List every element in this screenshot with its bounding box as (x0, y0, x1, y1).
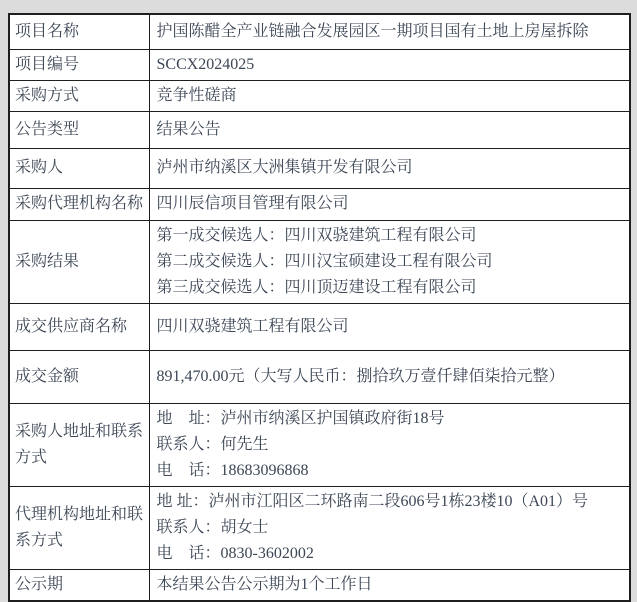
table-row: 采购结果第一成交候选人：四川双骁建筑工程有限公司第二成交候选人：四川汉宝硕建设工… (9, 220, 630, 303)
row-value: 第一成交候选人：四川双骁建筑工程有限公司第二成交候选人：四川汉宝硕建设工程有限公… (149, 220, 630, 303)
value-line: 第一成交候选人：四川双骁建筑工程有限公司 (157, 223, 624, 249)
value-line: 电 话：18683096868 (157, 458, 624, 484)
table-row: 项目编号SCCX2024025 (9, 49, 630, 80)
value-line: 地 址：泸州市纳溪区护国镇政府街18号 (157, 406, 624, 432)
table-row: 代理机构地址和联系方式地 址：泸州市江阳区二环路南二段606号1栋23楼10（A… (9, 486, 630, 569)
table-row: 成交金额891,470.00元（大写人民币：捌拾玖万壹仟肆佰柒拾元整） (9, 350, 630, 403)
value-line: 泸州市纳溪区大洲集镇开发有限公司 (157, 155, 624, 181)
row-value: SCCX2024025 (149, 49, 630, 80)
row-value: 结果公告 (149, 111, 630, 148)
row-label: 项目编号 (9, 49, 149, 80)
table-row: 成交供应商名称四川双骁建筑工程有限公司 (9, 303, 630, 350)
table-row: 采购方式竞争性磋商 (9, 80, 630, 111)
table-row: 公告类型结果公告 (9, 111, 630, 148)
row-label: 代理机构地址和联系方式 (9, 486, 149, 569)
value-line: 竞争性磋商 (157, 83, 624, 109)
row-label: 成交金额 (9, 350, 149, 403)
value-line: 地 址：泸州市江阳区二环路南二段606号1栋23楼10（A01）号 (157, 489, 624, 515)
value-line: 四川双骁建筑工程有限公司 (157, 314, 624, 340)
row-label: 公告类型 (9, 111, 149, 148)
row-label: 项目名称 (9, 14, 149, 49)
result-table-body: 项目名称护国陈醋全产业链融合发展园区一期项目国有土地上房屋拆除项目编号SCCX2… (9, 14, 630, 597)
row-label: 采购人地址和联系方式 (9, 403, 149, 486)
value-line: 本结果公告公示期为1个工作日 (157, 572, 624, 598)
table-row: 采购人地址和联系方式地 址：泸州市纳溪区护国镇政府街18号联系人：何先生电 话：… (9, 403, 630, 486)
value-line: SCCX2024025 (157, 52, 624, 78)
row-label: 采购代理机构名称 (9, 188, 149, 220)
value-line: 护国陈醋全产业链融合发展园区一期项目国有土地上房屋拆除 (157, 19, 624, 45)
row-value: 地 址：泸州市纳溪区护国镇政府街18号联系人：何先生电 话：1868309686… (149, 403, 630, 486)
row-value: 竞争性磋商 (149, 80, 630, 111)
value-line: 891,470.00元（大写人民币：捌拾玖万壹仟肆佰柒拾元整） (157, 364, 624, 390)
table-row: 项目名称护国陈醋全产业链融合发展园区一期项目国有土地上房屋拆除 (9, 14, 630, 49)
row-value: 地 址：泸州市江阳区二环路南二段606号1栋23楼10（A01）号联系人：胡女士… (149, 486, 630, 569)
table-row: 公示期本结果公告公示期为1个工作日 (9, 569, 630, 597)
value-line: 第三成交候选人：四川顶迈建设工程有限公司 (157, 275, 624, 301)
value-line: 结果公告 (157, 117, 624, 143)
value-line: 第二成交候选人：四川汉宝硕建设工程有限公司 (157, 249, 624, 275)
row-value: 护国陈醋全产业链融合发展园区一期项目国有土地上房屋拆除 (149, 14, 630, 49)
row-label: 采购人 (9, 148, 149, 188)
value-line: 联系人：何先生 (157, 432, 624, 458)
row-label: 公示期 (9, 569, 149, 597)
row-label: 采购方式 (9, 80, 149, 111)
row-value: 891,470.00元（大写人民币：捌拾玖万壹仟肆佰柒拾元整） (149, 350, 630, 403)
value-line: 四川辰信项目管理有限公司 (157, 191, 624, 217)
row-value: 四川双骁建筑工程有限公司 (149, 303, 630, 350)
table-row: 采购代理机构名称四川辰信项目管理有限公司 (9, 188, 630, 220)
value-line: 电 话：0830-3602002 (157, 541, 624, 567)
row-value: 泸州市纳溪区大洲集镇开发有限公司 (149, 148, 630, 188)
table-row: 采购人泸州市纳溪区大洲集镇开发有限公司 (9, 148, 630, 188)
row-value: 四川辰信项目管理有限公司 (149, 188, 630, 220)
row-value: 本结果公告公示期为1个工作日 (149, 569, 630, 597)
row-label: 成交供应商名称 (9, 303, 149, 350)
procurement-result-table: 项目名称护国陈醋全产业链融合发展园区一期项目国有土地上房屋拆除项目编号SCCX2… (8, 13, 631, 597)
row-label: 采购结果 (9, 220, 149, 303)
value-line: 联系人：胡女士 (157, 515, 624, 541)
